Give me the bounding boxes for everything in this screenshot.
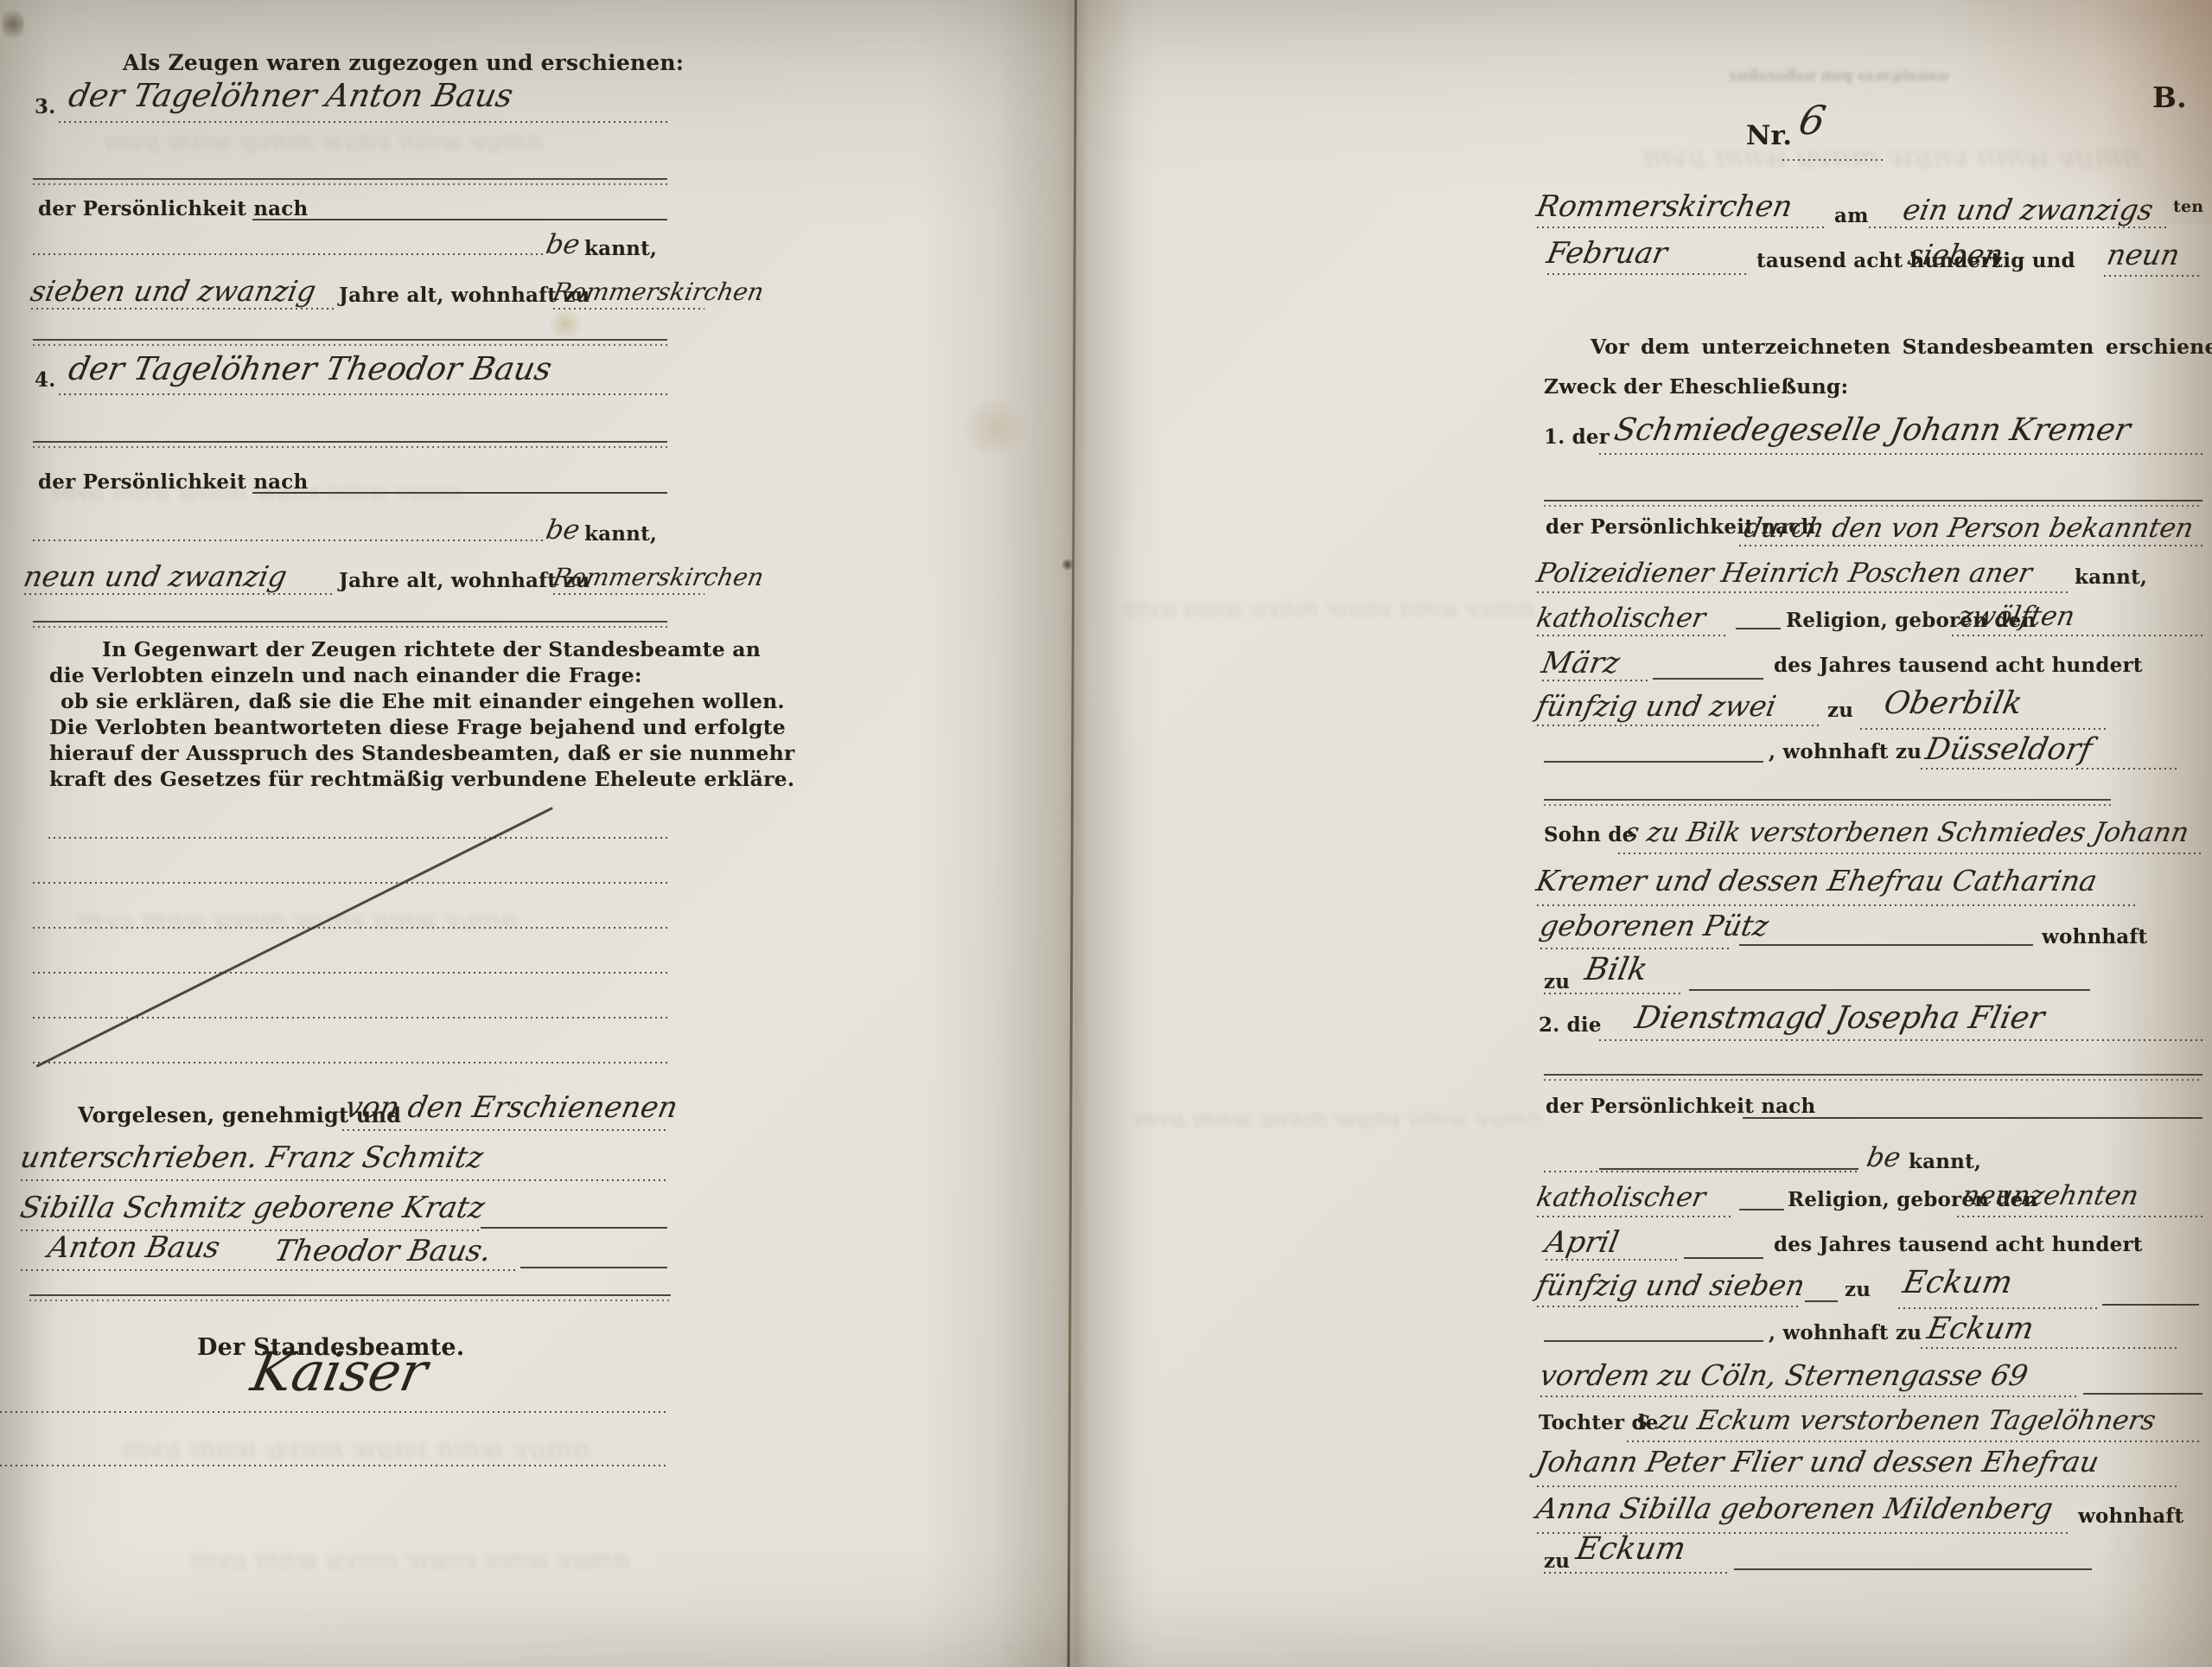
paper-stain xyxy=(1061,559,1074,571)
entry-line xyxy=(59,393,667,395)
entry-line xyxy=(553,593,704,595)
entry-line xyxy=(21,1179,667,1181)
blank-dash xyxy=(1805,1300,1838,1302)
blank-line xyxy=(33,972,667,974)
bride-parents-town-entry: Eckum xyxy=(1574,1534,1689,1565)
year-ones-entry: neun xyxy=(2105,240,2183,269)
sohn-label: Sohn de xyxy=(1544,825,1635,845)
groom-birthplace-entry: Oberbilk xyxy=(1882,688,2025,719)
entry-line xyxy=(1537,904,2135,906)
bleedthrough-handwriting: nmuv wmn vnuw mnvu wnm uvm xyxy=(1130,1107,1546,1131)
wohnhaft-label-groom: , wohnhaft zu xyxy=(1769,742,1922,762)
blank-line xyxy=(252,492,667,494)
groom-religion-entry: katholischer xyxy=(1534,605,1708,632)
blank-line xyxy=(33,253,543,255)
entry-line xyxy=(24,593,334,595)
blank-line xyxy=(1544,1171,1860,1172)
groom-parents-entry2: Kremer und dessen Ehefrau Catharina xyxy=(1534,866,2100,895)
ruled-line xyxy=(1544,799,2111,806)
groom-parents-entry3: geborenen Pütz xyxy=(1538,911,1771,940)
record-town-entry: Rommerskirchen xyxy=(1534,192,1795,221)
entry-line xyxy=(1542,680,1648,681)
blank-dash xyxy=(1739,1209,1784,1210)
witness4-age-entry: neun und zwanzig xyxy=(22,562,290,591)
entry-line xyxy=(1537,1485,2178,1487)
blank-dash xyxy=(1736,628,1781,629)
intro-line1: Vor dem unterzeichneten Standesbeamten e… xyxy=(1590,337,2212,358)
bride-birthplace-entry: Eckum xyxy=(1901,1268,2016,1299)
register-photo: nmuv wmn vnuw mnvu wnm uvm nmuv wmn vnuw… xyxy=(0,0,2212,1667)
witness3-name-entry: der Tagelöhner Anton Baus xyxy=(66,80,515,112)
groom-birthyear-entry: fünfzig und zwei xyxy=(1534,692,1779,720)
blank-line xyxy=(1734,1568,2092,1570)
bleedthrough-handwriting: nmuv wmn vnuw mnvu wnm uvm xyxy=(1121,597,1537,621)
witness3-age-entry: sieben und zwanzig xyxy=(29,277,319,305)
blank-line xyxy=(33,927,667,929)
zig-und-label: zig und xyxy=(1992,251,2075,271)
bride-item-number: 2. die xyxy=(1539,1015,1602,1035)
entry-line xyxy=(1869,227,2170,228)
blank-line xyxy=(1599,1168,1858,1170)
entry-line xyxy=(1739,545,2202,546)
blank-line xyxy=(1739,944,2033,946)
entry-line xyxy=(1544,993,1682,994)
bleedthrough-print: uəuəiɥɔsɹə pun uəƃozəƃnz xyxy=(1729,69,1949,84)
entry-line xyxy=(481,1227,667,1229)
entry-line xyxy=(1957,1216,2206,1217)
entry-line xyxy=(1627,1440,2202,1442)
entry-line xyxy=(1537,227,1824,228)
entry-line xyxy=(1921,1347,2180,1349)
record-day-entry: ein und zwanzigs xyxy=(1901,195,2156,224)
bride-birthday-entry: neunzehnten xyxy=(1960,1183,2141,1210)
signature-franz-schmitz: unterschrieben. Franz Schmitz xyxy=(18,1143,486,1172)
entry-line xyxy=(1599,453,2202,455)
vorgelesen-entry: von den Erschienenen xyxy=(343,1093,680,1122)
entry-line xyxy=(1537,635,1729,636)
ruled-line xyxy=(1544,500,2202,507)
entry-line xyxy=(553,308,704,310)
blank-line xyxy=(252,219,667,220)
blank-line xyxy=(1544,1340,1763,1342)
blank-line xyxy=(33,882,667,884)
entry-line xyxy=(1546,1259,1677,1261)
kannt-label-w3: kannt, xyxy=(584,239,657,259)
witness4-town-entry: Rommerskirchen xyxy=(551,565,765,590)
bleedthrough-handwriting: nmuv wmn vnuw mnvu wnm uvm xyxy=(75,908,520,934)
entry-line xyxy=(31,308,334,310)
zu4-label: zu xyxy=(1544,1551,1570,1571)
bride-residence-entry: Eckum xyxy=(1925,1314,2037,1344)
record-month-entry: Februar xyxy=(1545,239,1670,268)
ruled-line xyxy=(33,441,667,448)
entry-line xyxy=(1537,725,1820,726)
entry-line xyxy=(1599,1039,2202,1041)
groom-item-number: 1. der xyxy=(1544,427,1610,447)
blank-line xyxy=(1544,761,1763,763)
entry-line xyxy=(1547,273,1748,275)
paper-stain xyxy=(958,399,1032,457)
year-of-label-bride: des Jahres tausend acht hundert xyxy=(1774,1235,2143,1255)
bride-parents-entry2: Johann Peter Flier und dessen Ehefrau xyxy=(1534,1447,2101,1476)
wohnhaft4-label: wohnhaft xyxy=(2078,1506,2183,1526)
paper-stain xyxy=(546,310,584,339)
blank-dash xyxy=(2083,1393,2202,1395)
declaration-paragraph-line3: ob sie erklären, daß sie die Ehe mit ein… xyxy=(61,692,785,712)
blank-line xyxy=(48,837,667,839)
paper-stain xyxy=(2,7,24,42)
declaration-paragraph-line1: In Gegenwart der Zeugen richtete der Sta… xyxy=(102,640,761,661)
bleedthrough-handwriting: nmuv wmn vnuw mnvu wnm uvm xyxy=(101,130,546,156)
blank-line xyxy=(1743,1117,2202,1119)
am-label: am xyxy=(1834,206,1869,226)
entry-line xyxy=(520,1267,667,1268)
signature-anton-baus: Anton Baus xyxy=(46,1233,222,1262)
blank-line xyxy=(33,1062,667,1063)
blank-line xyxy=(1689,989,2090,991)
year-tens-entry: sieben xyxy=(1906,240,2005,269)
handwritten-be-w4: be xyxy=(544,517,582,544)
identity-label-w4: der Persönlichkeit nach xyxy=(38,472,308,492)
blank-dash xyxy=(2102,1304,2199,1306)
declaration-paragraph-line5: hierauf der Ausspruch des Standesbeamten… xyxy=(49,744,794,764)
entry-line xyxy=(342,1129,667,1131)
handwritten-be-w3: be xyxy=(544,232,582,259)
registrar-signature: Kaiser xyxy=(247,1345,431,1399)
day-suffix-label: ten xyxy=(2173,199,2203,215)
witness3-number: 3. xyxy=(35,97,55,117)
kannt-label-bride: kannt, xyxy=(1909,1152,1981,1172)
zu2-label: zu xyxy=(1544,972,1570,992)
entry-line xyxy=(59,121,667,123)
year-of-label-groom: des Jahres tausend acht hundert xyxy=(1774,655,2143,675)
bleedthrough-handwriting: nmuv wmn vnuw mnvu wnm uvm xyxy=(1639,143,2144,172)
identity-label-bride: der Persönlichkeit nach xyxy=(1546,1096,1815,1116)
handwritten-be-bride: be xyxy=(1865,1145,1903,1172)
entry-line xyxy=(1537,591,2068,593)
groom-birthday-entry: zwölften xyxy=(1956,604,2077,630)
blank-line xyxy=(0,1465,667,1466)
bride-parents-entry3: Anna Sibilla geborenen Mildenberg xyxy=(1534,1494,2056,1523)
ruled-line xyxy=(33,178,667,185)
groom-residence-entry: Düsseldorf xyxy=(1923,735,2094,765)
bleedthrough-handwriting: nmuv wmn vnuw mnvu wnm uvm xyxy=(188,1548,633,1574)
zu-label-bride: zu xyxy=(1845,1280,1871,1300)
entry-line xyxy=(1952,635,2202,636)
entry-line xyxy=(1537,1216,1734,1217)
entry-line xyxy=(1618,853,2202,854)
entry-line xyxy=(2104,275,2199,277)
groom-identity-entry2: Polizeidiener Heinrich Poschen aner xyxy=(1534,560,2034,587)
bleedthrough-handwriting: nmuv wmn vnuw mnvu wnm uvm xyxy=(118,1435,593,1463)
groom-identity-entry1: durch den von Person bekannten xyxy=(1742,515,2196,542)
signature-theodor-baus: Theodor Baus. xyxy=(272,1236,494,1266)
groom-name-entry: Schmiedegeselle Johann Kremer xyxy=(1612,415,2133,446)
bride-name-entry: Dienstmagd Josepha Flier xyxy=(1633,1003,2047,1034)
declaration-paragraph-line6: kraft des Gesetzes für rechtmäßig verbun… xyxy=(49,770,794,790)
entry-line xyxy=(1544,1572,1727,1574)
entry-line xyxy=(1540,948,1729,949)
ruled-line xyxy=(29,1294,671,1301)
entry-line xyxy=(1898,1307,2097,1309)
kannt-label-groom: kannt, xyxy=(2075,567,2147,587)
identity-label-w3: der Persönlichkeit nach xyxy=(38,199,308,219)
groom-birthmonth-entry: März xyxy=(1539,648,1622,678)
entry-line xyxy=(21,1269,519,1271)
witness-section-heading: Als Zeugen waren zugezogen und erschiene… xyxy=(123,52,684,73)
intro-line2: Zweck der Eheschließung: xyxy=(1544,377,1848,398)
ruled-line xyxy=(33,339,667,346)
wohnhaft2-label: wohnhaft xyxy=(2042,927,2147,947)
bride-former-residence-entry: vordem zu Cöln, Sternengasse 69 xyxy=(1538,1361,2030,1389)
form-corner-letter: B. xyxy=(2152,83,2187,112)
wohnhaft-label-bride: , wohnhaft zu xyxy=(1769,1323,1922,1343)
bride-parents-entry1: s zu Eckum verstorbenen Tagelöhners xyxy=(1633,1408,2158,1434)
ruled-line xyxy=(1544,1074,2202,1081)
groom-parents-town-entry: Bilk xyxy=(1583,955,1650,986)
blank-line xyxy=(1684,1257,1763,1259)
witness4-number: 4. xyxy=(35,370,55,390)
signature-sibilla-schmitz: Sibilla Schmitz geborene Kratz xyxy=(18,1193,488,1223)
declaration-paragraph-line4: Die Verlobten beantworteten diese Frage … xyxy=(49,718,786,738)
blank-line xyxy=(33,540,543,541)
ruled-line xyxy=(33,621,667,628)
bride-birthmonth-entry: April xyxy=(1543,1228,1622,1257)
book-gutter-shadow xyxy=(994,0,1158,1667)
kannt-label-w4: kannt, xyxy=(584,524,657,544)
bride-religion-entry: katholischer xyxy=(1534,1185,1708,1211)
groom-parents-entry1: s zu Bilk verstorbenen Schmiedes Johann xyxy=(1622,820,2191,846)
entry-line xyxy=(1540,1396,2080,1397)
entry-line xyxy=(1860,728,2107,730)
witness4-name-entry: der Tagelöhner Theodor Baus xyxy=(66,353,554,385)
blank-line xyxy=(0,1411,667,1413)
declaration-paragraph-line2: die Verlobten einzeln und nach einander … xyxy=(49,666,642,687)
record-number-label: Nr. xyxy=(1746,123,1792,150)
entry-line xyxy=(1782,159,1886,161)
bride-birthyear-entry: fünfzig und sieben xyxy=(1534,1271,1807,1300)
zu-label-groom: zu xyxy=(1827,700,1853,720)
entry-line xyxy=(1921,768,2180,770)
blank-line xyxy=(1653,678,1763,680)
entry-line xyxy=(1537,1306,1798,1307)
left-page xyxy=(0,0,1072,1667)
witness3-town-entry: Rommerskirchen xyxy=(551,280,765,304)
